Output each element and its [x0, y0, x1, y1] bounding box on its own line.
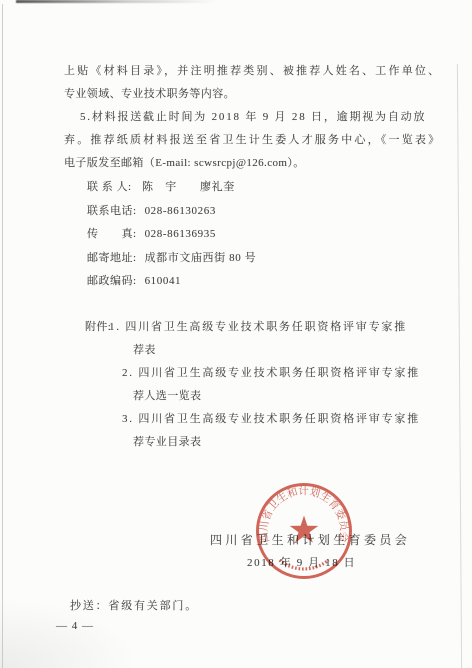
attachment-item-line: 3. 四川省卫生高级专业技术职务任职资格评审专家推: [122, 412, 442, 426]
body-paragraph-line: 专业领域、专业技术职务等内容。: [64, 87, 235, 101]
contact-row-phone: 联系电话:028-86130263: [87, 204, 216, 218]
contact-value: 成都市文庙西街 80 号: [145, 252, 257, 264]
contact-label: 邮政编码:: [87, 274, 137, 288]
body-paragraph-line: 上贴《材料目录》，并注明推荐类别、被推荐人姓名、工作单位、: [64, 64, 442, 78]
contact-value: 610041: [145, 275, 182, 287]
contact-row-person: 联 系 人:陈 宇 廖礼奎: [87, 180, 235, 194]
attachment-item-line: 荐人选一览表: [133, 389, 201, 403]
page-number: — 4 —: [56, 619, 94, 633]
body-paragraph-line: 弃。推荐纸质材料报送至省卫生计生委人才服务中心，《一览表》: [64, 133, 442, 147]
contact-row-postcode: 邮政编码:610041: [87, 274, 181, 288]
contact-value: 028-86136935: [145, 228, 216, 240]
contact-row-fax: 传 真:028-86136935: [87, 227, 216, 241]
scanned-document-page: 上贴《材料目录》，并注明推荐类别、被推荐人姓名、工作单位、 专业领域、专业技术职…: [0, 0, 472, 668]
contact-value: 陈 宇 廖礼奎: [142, 181, 235, 193]
signature-date: 2018 年 9 月 18 日: [247, 556, 356, 570]
scan-right-edge-line: [457, 64, 462, 668]
signature-organization: 四川省卫生和计划生育委员会: [210, 533, 416, 547]
attachments-label: 附件:: [85, 320, 111, 334]
attachment-item-line: 荐专业目录表: [133, 435, 201, 449]
contact-row-address: 邮寄地址:成都市文庙西街 80 号: [87, 251, 256, 265]
body-paragraph-line: 5.材料报送截止时间为 2018 年 9 月 28 日，逾期视为自动放: [80, 110, 442, 124]
contact-label: 传 真:: [87, 227, 137, 241]
cc-line: 抄送：省级有关部门。: [70, 599, 198, 613]
contact-label: 联系电话:: [87, 204, 137, 218]
scan-left-edge-line: [2, 4, 3, 668]
attachment-item-line: 2. 四川省卫生高级专业技术职务任职资格评审专家推: [122, 366, 442, 380]
contact-value: 028-86130263: [145, 205, 216, 217]
contact-label: 联 系 人:: [87, 180, 134, 194]
body-paragraph-line-email: 电子版发至邮箱（E-mail: scwsrcpj@126.com）。: [64, 156, 305, 170]
contact-label: 邮寄地址:: [87, 251, 137, 265]
attachment-item-line: 1. 四川省卫生高级专业技术职务任职资格评审专家推: [109, 320, 442, 334]
attachment-item-line: 荐表: [133, 343, 156, 357]
scan-top-edge-shadow: [16, 0, 216, 3]
